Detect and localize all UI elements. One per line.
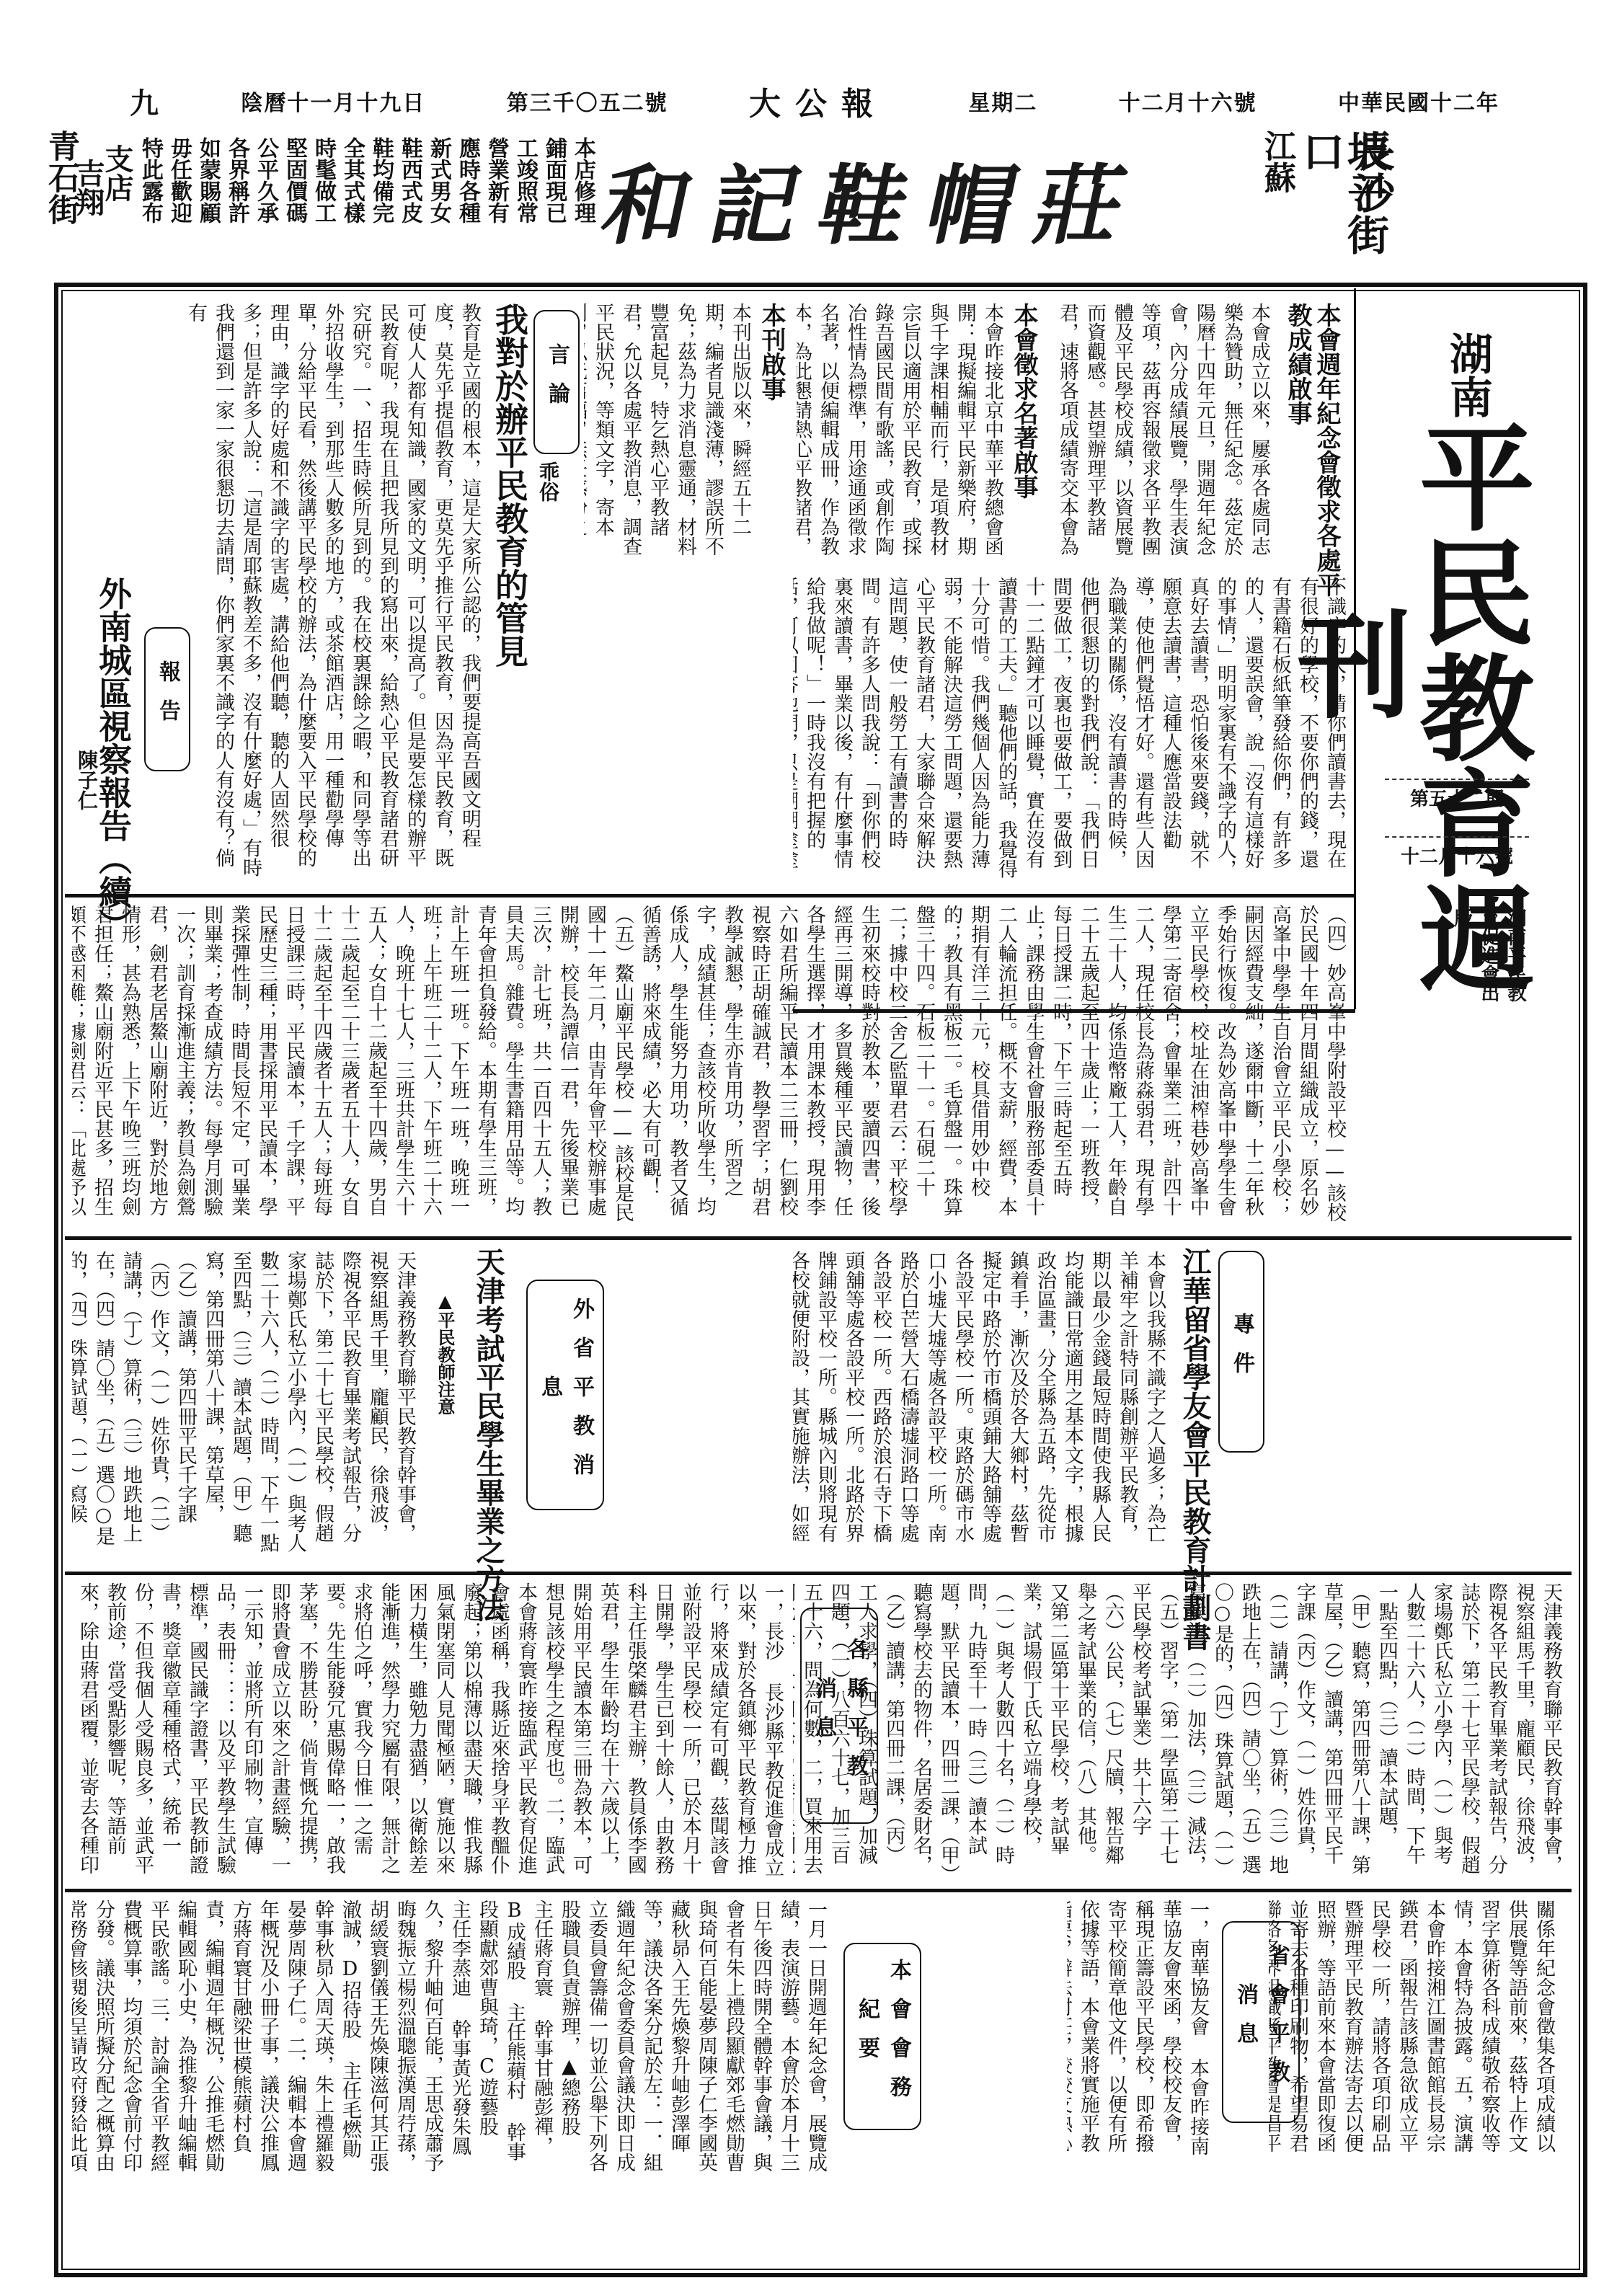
header-lunar-date: 陰曆十一月十九日 [241,85,425,117]
report-body: （四）妙高峯中學附設平校——該校於民國十年四月間組織成立，原名妙高峯中學學生自治… [72,905,1348,1229]
editorial-author: 乖俗 [533,461,562,502]
anniversary-headline: 本會週年紀念會徵求各處平教成績啟事 [1283,303,1341,606]
masthead-prefix: 湖南 [1442,332,1493,418]
outside-province-body: 天津義務教育聯平民教育幹事會，視察組馬千里，龐顧民，徐飛波，際視各平民教育畢業考… [72,1251,418,1561]
masthead-date: 十二月十六號 [1385,836,1529,873]
header-page-no: 九 [130,81,160,122]
divider [65,894,1355,897]
header-issue-no: 第三千〇五二號 [507,85,668,117]
anniversary-body: 本會成立以來，屢承各處同志樂為贊助，無任紀念。茲定於陽曆十四年元旦，開週年紀念會… [1056,303,1272,569]
section-label-outside-province: 外省平教消息 [526,1280,604,1510]
header-weekday: 星期二 [968,85,1037,117]
provincial-body: 一，南華協友會 本會昨接南華協友會來函，學校校友會，稱現正籌設平民學校，即希撥寄… [1067,1900,1211,2159]
manuscripts-body: 本會昨接北京中華平教總會函開：現擬編輯平民新樂府，期與千字課相輔而行，是項教材宗… [797,303,1006,569]
ad-notice-line: 各界稱許 [223,137,249,223]
outside-province-subhead: ▲平民教師注意 [433,1290,458,1415]
editorial-body-continued: 不識字的人，請你們讀書去，現在有很好的學校，不要你們的錢，還有書籍石板紙筆發給你… [793,577,1348,879]
masthead-issue: 第五十二期 [1385,779,1529,815]
ad-shop-name: 和記鞋帽莊 [593,137,1160,261]
section-label-affairs: 本會會務紀要 [843,1943,921,2130]
ad-notice-line: 鋪面現已 [541,137,567,223]
editorial-notice-headline: 本刊啟事 [757,303,786,401]
provincial-body-2: 關係年紀念會徵集各項成績以供展覽等語前來，茲特上作文習字算術各科成績敬希察收等情… [1269,1900,1557,2159]
section-label-report: 報告 [144,627,190,771]
ad-notice-line: 公平久承 [252,137,278,223]
report-author: 陳子仁 [72,750,101,810]
outside-province-headline: 天津考試平民學生畢業之方法 [469,1247,508,1622]
ad-notice-line: 應時各種 [454,137,480,223]
ad-notice-line: 本店修理 [570,137,595,223]
ad-notice-line: 如蒙賜顧 [195,137,221,223]
ad-notice-line: 時髦做工 [310,137,336,223]
manuscripts-headline: 本會徵求名著啟事 [1009,303,1038,499]
editorial-body: 教育是立國的根本，這是大家所公認的，我們要提高吾國文明程度，莫先乎提倡教育，更莫… [72,303,483,879]
ad-notice-line: 特此露布 [137,137,163,223]
ad-notice-line: 工竣照常 [512,137,538,223]
county-body: 一，長沙 長沙縣平教促進會成立以來，對於各鎮鄉平民教育極力推行，將來成績定有可觀… [72,1582,786,1878]
ad-notice-line: 鞋西式皮 [396,137,422,223]
ad-notice-line: 毋任歡迎 [166,137,192,223]
advertisement: 長沙 坡子街口 江蘇 和記鞋帽莊 本店修理 鋪面現已 工竣照常 營業新有 應時各… [108,123,1514,281]
divider [65,1572,1572,1575]
ad-branch-label: 支店 [101,144,133,202]
ad-notice-line: 全其式樣 [339,137,365,223]
section-label-county: 各縣平教消息 [800,1608,878,1824]
outside-province-body-continued: 天津義務教育聯平民教育幹事會，視察組馬千里，龐顧民，徐飛波，際視各平民教育畢業考… [793,1582,1564,1878]
section-label-special: 專件 [1218,1251,1264,1453]
ad-notice-line: 鞋均備完 [368,137,394,223]
editorial-notice-body: 本刊出版以來，瞬經五十二期，編者見識淺薄，謬誤所不免；茲為力求消息靈通，材料豐富… [584,303,753,569]
special-body: 本會以我縣不識字之人過多；為亡羊補牢之計特同縣創辦平民教育，期以最少金錢最短時間… [793,1251,1168,1561]
divider [65,1889,1572,1892]
ad-notice-line: 新式男女 [425,137,451,223]
masthead: 湖南平民教育週刊 第五十二期 十二月十六號 湖南平民教育促進會出版 [1354,288,1558,1009]
header-date-roc: 中華民國十二年 [1338,85,1499,117]
masthead-publisher: 湖南平民教育促進會出版 [1449,908,1529,1009]
header-date-md: 十二月十六號 [1119,85,1257,117]
masthead-title: 湖南平民教育週刊 [1399,317,1529,1009]
ad-address-street: 坡子街口 [1298,130,1387,281]
ad-notice-line: 堅固價碼 [281,137,307,223]
ad-branch-street: 青石街 [43,130,78,225]
section-label-editorial: 言論 [533,310,580,454]
divider [65,1236,1572,1240]
header-newspaper: 大公報 [749,78,887,124]
editorial-headline: 我對於辦平民教育的管見 [490,303,529,668]
page-header: 中華民國十二年 十二月十六號 星期二 大公報 第三千〇五二號 陰曆十一月十九日 … [130,79,1499,123]
ad-notice-line: 營業新有 [483,137,509,223]
affairs-body: 一月一日開週年紀念會，展覽成績，表演游藝。本會於本月十三日午後四時開全體幹事會議… [72,1900,829,2173]
ad-address-jiangsu: 江蘇 [1254,130,1299,193]
